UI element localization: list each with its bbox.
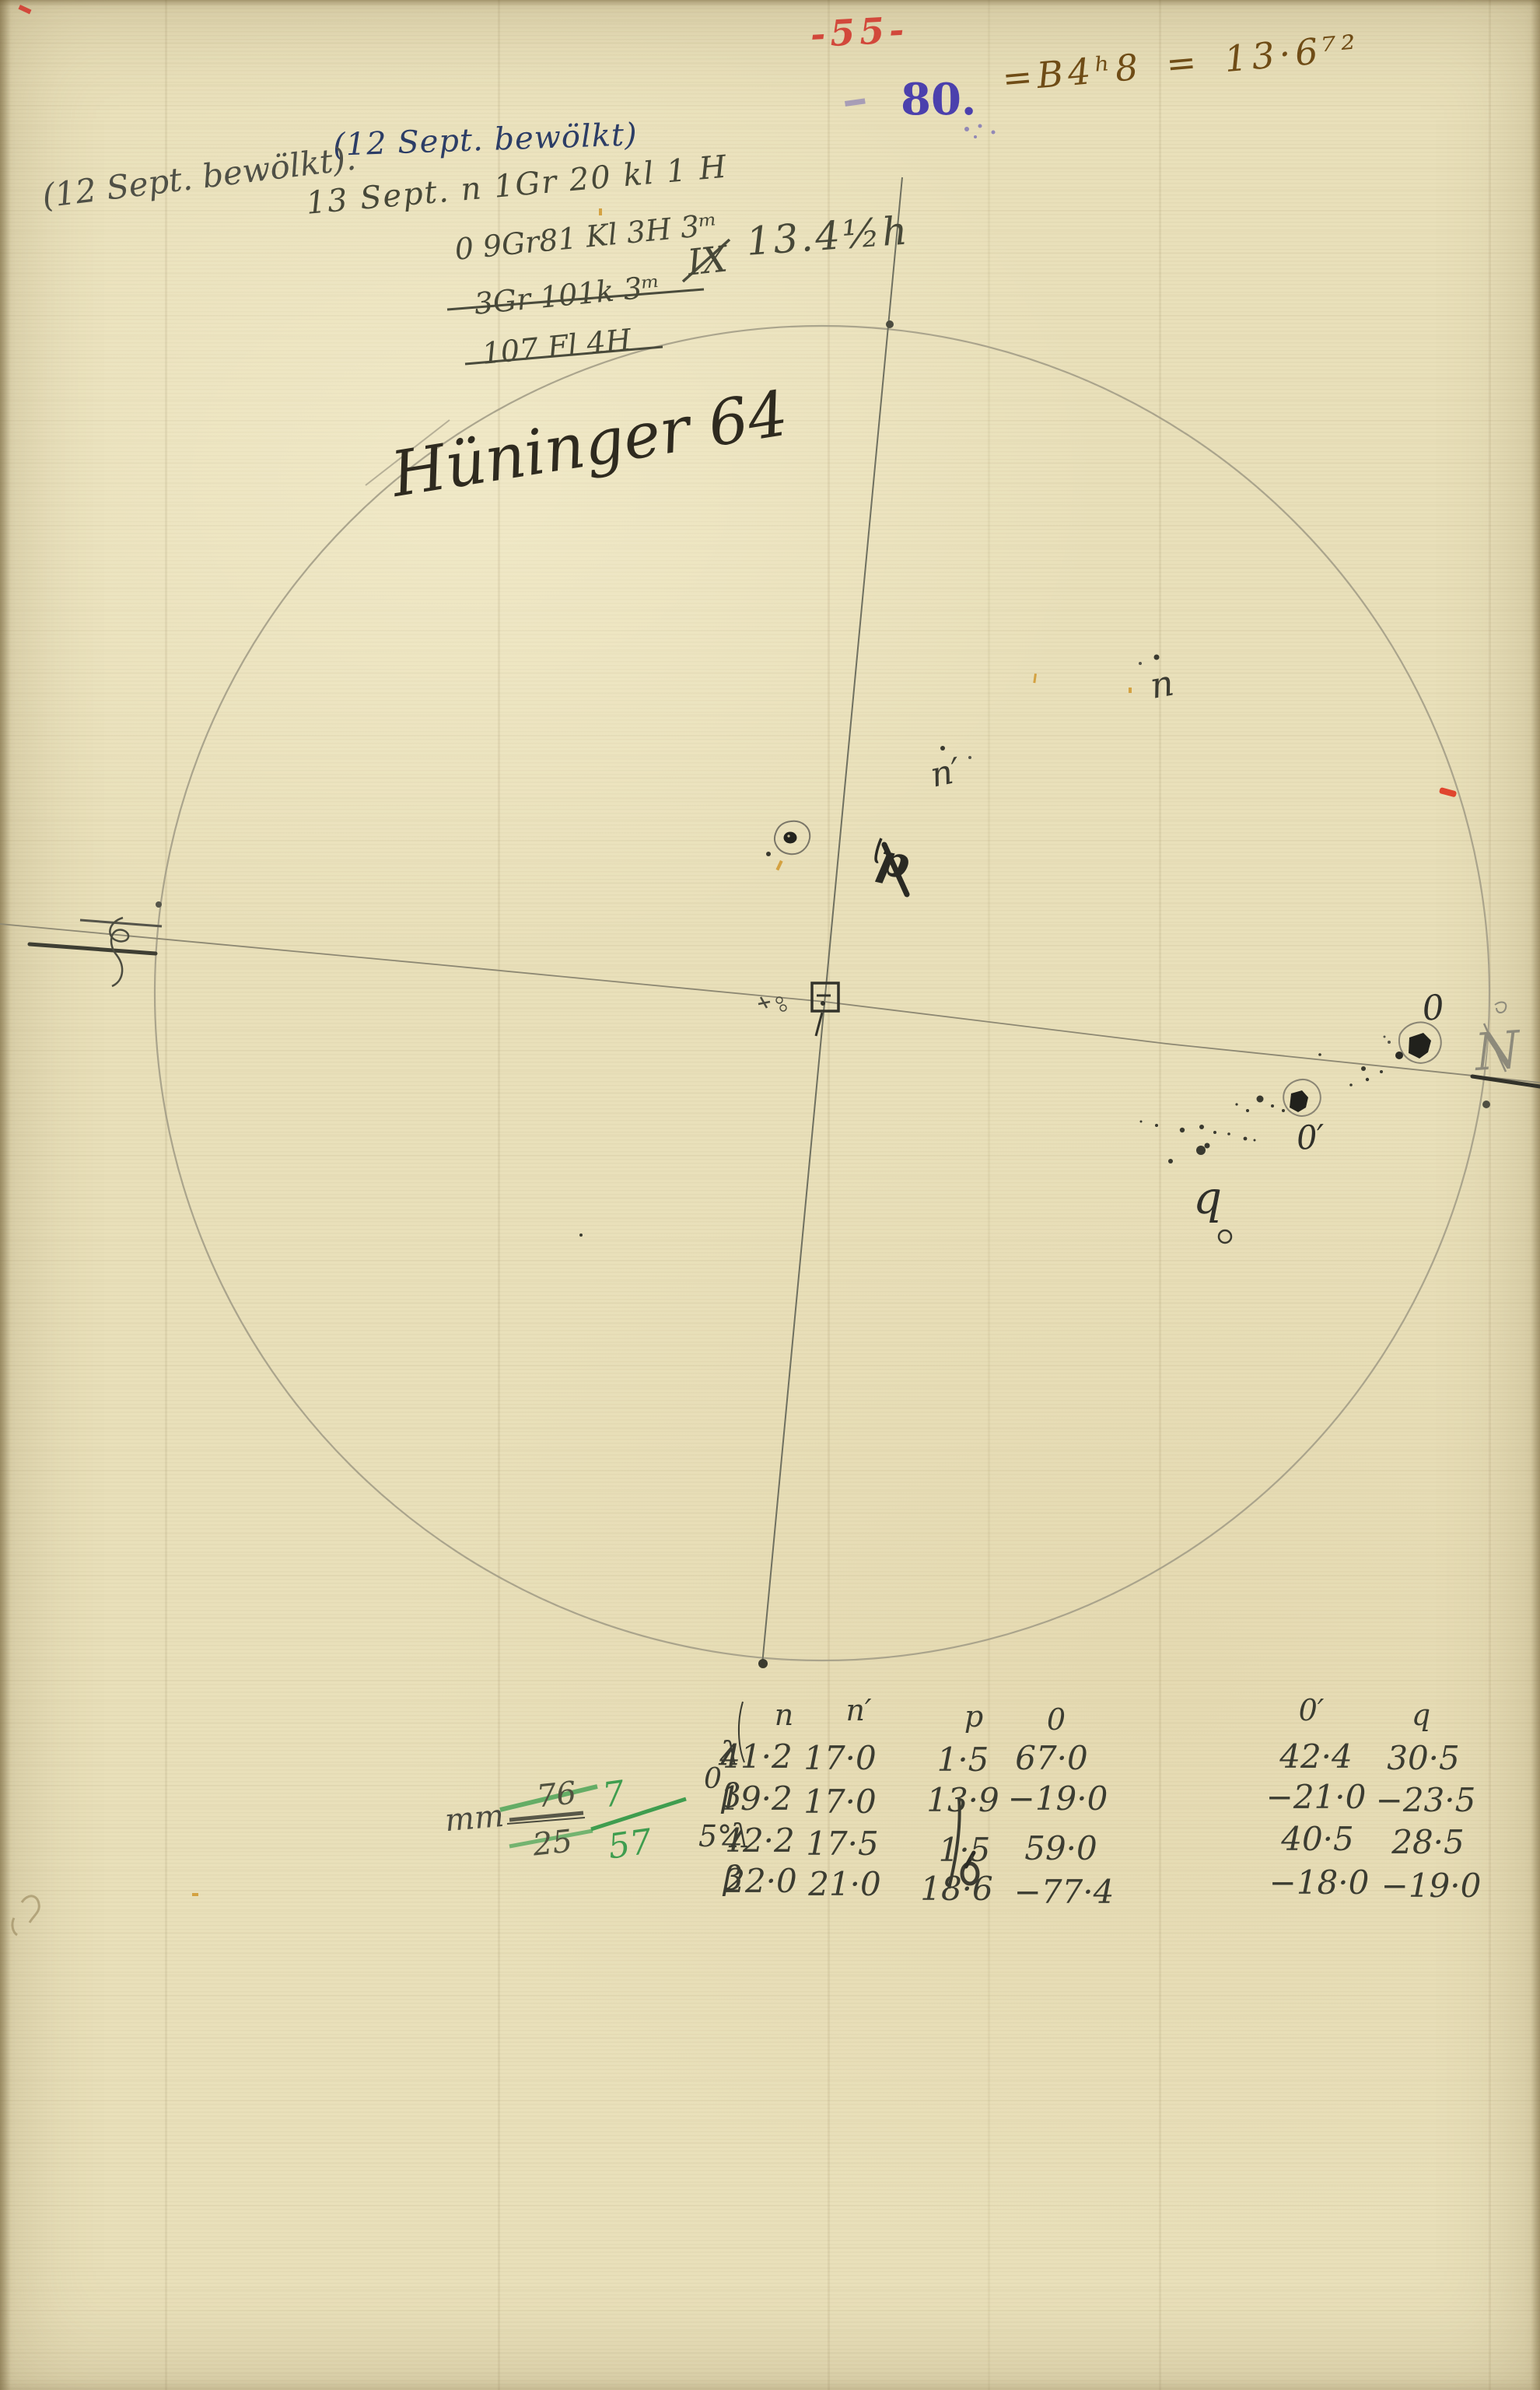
red-speck [1439, 787, 1457, 797]
table-cell: 21·0 [808, 1868, 881, 1901]
axis-top-dot [886, 320, 894, 328]
label-n-prime: n′ [927, 751, 964, 796]
col-header-q: q [1412, 1700, 1430, 1730]
horizontal-line-thin-left [80, 920, 162, 926]
label-o-prime: 0′ [1295, 1118, 1326, 1157]
solar-disk-drawing: n n′ p 0 0′ q N [0, 0, 1540, 2390]
table-cell: 1·5 [937, 1744, 989, 1776]
col-header-p: p [964, 1702, 983, 1731]
table-cell: 41·2 [719, 1741, 793, 1773]
table-cell: 1·5 [939, 1834, 991, 1867]
month-crossed-out: IX [686, 240, 729, 280]
table-cell: 17·5 [806, 1828, 879, 1860]
document-page: n n′ p 0 0′ q N -55- 80. =B4ʰ8 = 13·6⁷² … [0, 0, 1540, 2390]
col-header-0: 0 [1047, 1705, 1066, 1734]
limb-dot-left [156, 901, 162, 908]
table-cell: −19·0 [1008, 1783, 1108, 1815]
sunspot-speck [1139, 662, 1142, 665]
table-cell: −19·0 [1381, 1870, 1482, 1902]
table-cell: 30·5 [1387, 1742, 1460, 1775]
label-o: 0 [1421, 988, 1446, 1029]
sunspot-O-satellite [1395, 1052, 1403, 1059]
table-cell: 42·2 [722, 1825, 795, 1857]
page-number-red: -55- [810, 12, 909, 53]
center-tick-loop [780, 1005, 786, 1011]
table-cell: 18·6 [920, 1873, 993, 1905]
time-note: 13.4½h [745, 211, 911, 261]
ink-smudge [12, 1896, 39, 1935]
unit-label-mm: mm [443, 1800, 505, 1836]
label-n-crossed: N [1472, 1020, 1524, 1083]
page-number-stamp: 80. [901, 78, 976, 121]
table-cell: −18·0 [1269, 1867, 1370, 1899]
sunspot-speck [1384, 1036, 1386, 1038]
pencil-squiggle [1495, 1003, 1506, 1013]
table-cell: 67·0 [1015, 1742, 1088, 1775]
sunspot-n [1154, 655, 1160, 660]
center-marker-dot [821, 1001, 825, 1006]
horizontal-line-ink-left [30, 944, 156, 954]
table-cell: 22·0 [724, 1865, 797, 1898]
sunspot-speck [968, 756, 971, 759]
horizontal-axis-line [0, 924, 1540, 1083]
table-cell: 17·0 [803, 1742, 877, 1775]
label-q: q [1193, 1171, 1222, 1224]
table-cell: −77·4 [1014, 1876, 1115, 1909]
label-n: n [1147, 662, 1178, 707]
stamp-smudge [845, 98, 866, 107]
sunspot-n-prime [940, 746, 945, 751]
table-cell: 17·0 [803, 1786, 877, 1818]
table-cell: 19·2 [719, 1783, 793, 1815]
center-plus-tick [758, 997, 770, 1008]
sunspot-p-lightbridge [787, 835, 789, 837]
table-cell: −21·0 [1266, 1781, 1367, 1814]
green-fraction-numerator: 7 [600, 1776, 627, 1813]
solar-disk-circle [155, 326, 1489, 1660]
sunspot-dot [766, 852, 771, 856]
sunspot-pore-field [579, 1053, 1383, 1237]
axis-bottom-dot [758, 1659, 768, 1668]
limb-dot-right [1482, 1101, 1490, 1108]
sunspot-Oprime-umbra [1290, 1090, 1308, 1112]
table-cell: 42·4 [1279, 1741, 1353, 1773]
table-cell: 13·9 [926, 1784, 999, 1817]
table-cell: 40·5 [1281, 1823, 1354, 1856]
table-cell: −23·5 [1376, 1784, 1476, 1817]
sunspot-O-umbra [1409, 1033, 1431, 1059]
sunspot-p-umbra [784, 832, 797, 844]
sunspot-speck [1388, 1041, 1391, 1044]
table-cell: 59·0 [1024, 1832, 1097, 1865]
col-header-0-prime: 0′ [1299, 1695, 1325, 1725]
stamp-dots [964, 124, 996, 139]
sunspot-small-ring [1219, 1230, 1231, 1243]
col-header-n: n [775, 1700, 793, 1730]
col-header-n-prime: n′ [845, 1695, 871, 1725]
pencil-fraction-denominator: 25 [531, 1825, 574, 1860]
pencil-fraction-numerator: 76 [535, 1777, 578, 1812]
green-fraction-denominator: 57 [606, 1825, 654, 1864]
red-speck [18, 5, 31, 14]
table-cell: 28·5 [1391, 1826, 1465, 1859]
